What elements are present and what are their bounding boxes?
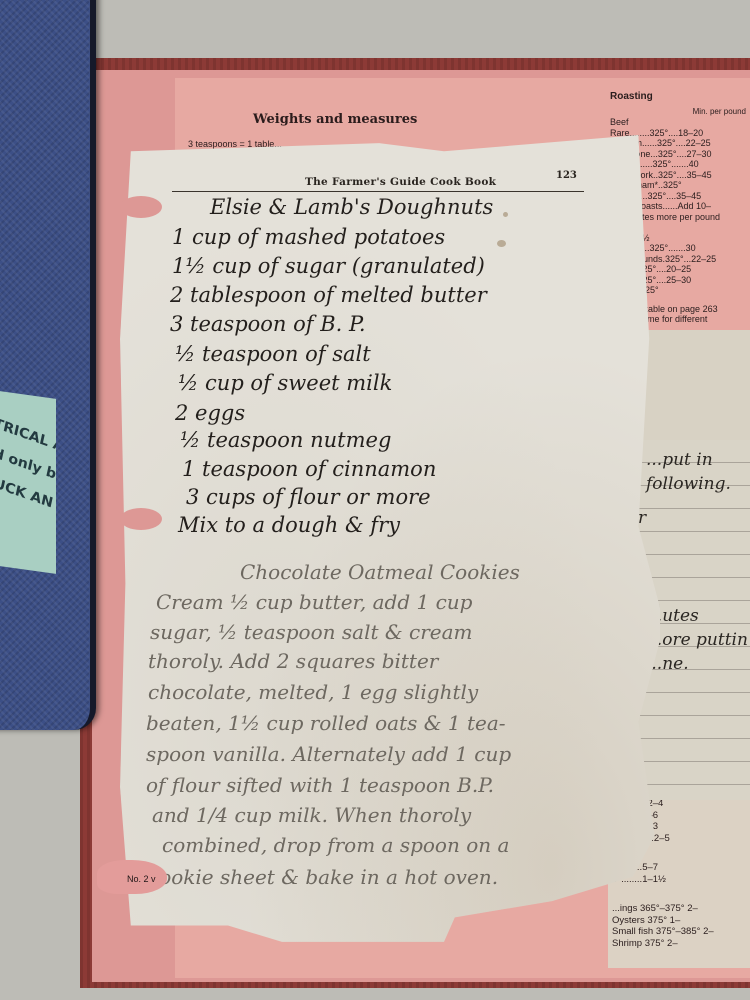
ingredient-line: 3 cups of flour or more [186, 485, 431, 509]
lined-note-line: ...ore puttin [646, 630, 748, 650]
ingredient-line: ½ teaspoon nutmeg [180, 428, 391, 452]
fish-row: Shrimp 375° 2– [612, 938, 750, 950]
roasting-col-min: Min. per pound [610, 107, 750, 118]
ingredient-line: 2 eggs [175, 401, 245, 425]
lined-note-line: ...put in [646, 450, 713, 470]
cookie-line: and 1/4 cup milk. When thoroly [152, 803, 471, 827]
cookie-line: thoroly. Add 2 squares bitter [148, 649, 438, 673]
cookie-line: Cream ½ cup butter, add 1 cup [156, 590, 472, 614]
ingredient-line: 1 cup of mashed potatoes [172, 225, 445, 249]
blue-binder [0, 0, 96, 730]
cookie-line: spoon vanilla. Alternately add 1 cup [146, 742, 511, 766]
stain [497, 240, 506, 247]
fish-row: ...ings 365°–375° 2– [612, 903, 750, 915]
torn-pink-tab [120, 508, 162, 530]
recipe-card: The Farmer's Guide Cook Book 123 Elsie &… [120, 135, 660, 950]
cookie-line: beaten, 1½ cup rolled oats & 1 tea- [146, 711, 506, 735]
roasting-section: Beef [610, 117, 750, 128]
torn-pink-tab [120, 196, 162, 218]
printed-page-title: Weights and measures [253, 112, 417, 127]
ingredient-line: ½ teaspoon of salt [175, 342, 371, 366]
instruction-line: Mix to a dough & fry [178, 513, 400, 537]
ingredient-line: 1½ cup of sugar (granulated) [172, 254, 485, 278]
scrap-label-text: No. 2 v [127, 874, 156, 884]
cookie-line: cookie sheet & bake in a hot oven. [148, 865, 498, 889]
card-header-title: The Farmer's Guide Cook Book [305, 176, 496, 188]
fish-row: Oysters 375° 1– [612, 915, 750, 927]
cookie-line: combined, drop from a spoon on a [162, 833, 509, 857]
roasting-title: Roasting [610, 92, 750, 103]
cookie-line: chocolate, melted, 1 egg slightly [148, 680, 478, 704]
card-page-number: 123 [556, 170, 577, 181]
cookie-line: sugar, ½ teaspoon salt & cream [150, 620, 473, 644]
ingredient-line: 2 tablespoon of melted butter [170, 283, 487, 307]
fish-row: Small fish 375°–385° 2– [612, 926, 750, 938]
cookie-title: Chocolate Oatmeal Cookies [240, 560, 520, 584]
doughnut-title: Elsie & Lamb's Doughnuts [210, 195, 493, 219]
ingredient-line: ½ cup of sweet milk [178, 371, 392, 395]
torn-label-scrap: No. 2 v [97, 860, 167, 894]
card-header-rule [172, 191, 584, 192]
ingredient-line: 1 teaspoon of cinnamon [182, 457, 436, 481]
stain [503, 212, 508, 217]
binder-label-band: TRICAL A d only b UCK AN [0, 391, 56, 574]
ingredient-line: 3 teaspoon of B. P. [170, 312, 366, 336]
lined-note-line: following. [646, 474, 731, 494]
cookie-line: of flour sifted with 1 teaspoon B.P. [146, 773, 494, 797]
